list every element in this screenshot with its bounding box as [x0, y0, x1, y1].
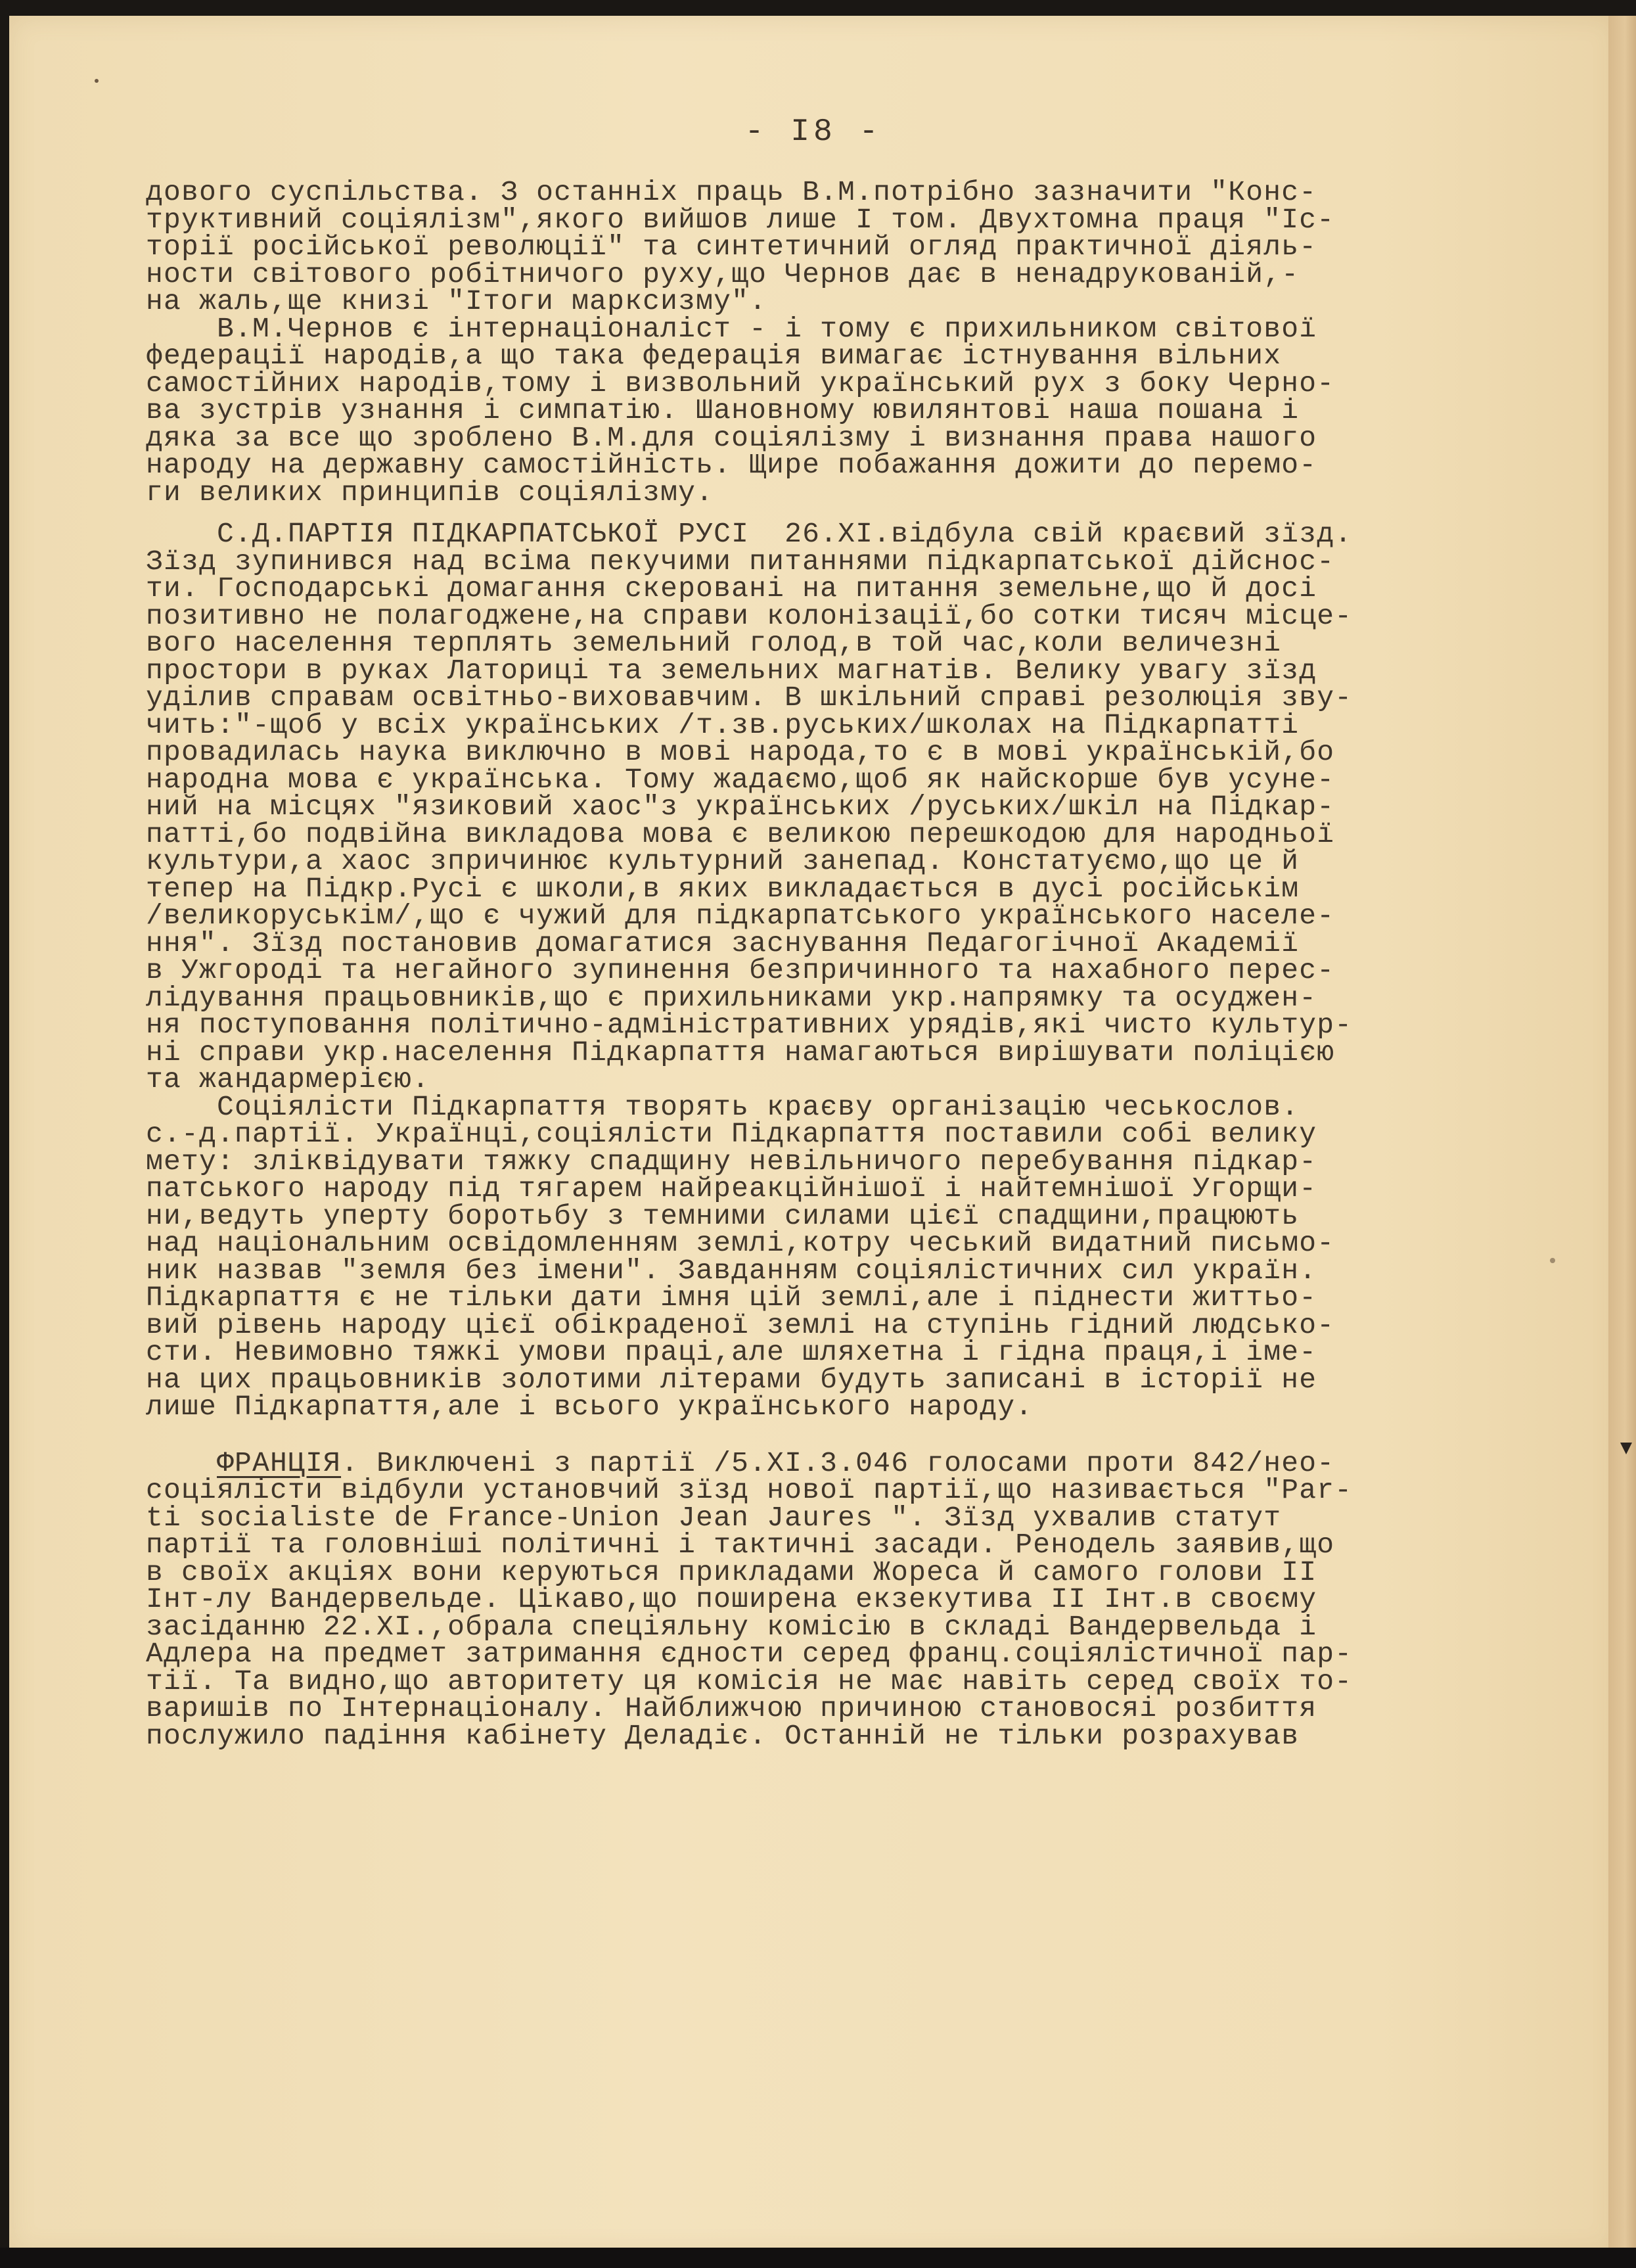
- text-line: ння". Зїзд постановив домагатися заснува…: [146, 930, 1539, 958]
- text-line: дяка за все що зроблено В.М.для соціяліз…: [146, 425, 1539, 452]
- text-line: Інт-лу Вандервельде. Цікаво,що поширена …: [146, 1586, 1539, 1613]
- text-line: лідування працьовників,що є прихильникам…: [146, 984, 1539, 1012]
- paragraph-chernov-internationalist: В.М.Чернов є інтернаціоналіст - і тому є…: [146, 315, 1539, 507]
- text-line: лише Підкарпаття,але і всього українсько…: [146, 1393, 1539, 1421]
- text-line: на цих працьовників золотими літерами бу…: [146, 1366, 1539, 1394]
- text-line: народна мова є українська. Тому жадаємо,…: [146, 766, 1539, 794]
- text-line: соціялісти відбули установчий зїзд нової…: [146, 1477, 1539, 1504]
- text-line: над національним освідомленням землі,кот…: [146, 1230, 1539, 1257]
- text-line: уділив справам освітньо-виховавчим. В шк…: [146, 684, 1539, 712]
- text-line: Зїзд зупинився над всіма пекучими питанн…: [146, 548, 1539, 576]
- text-line: сти. Невимовно тяжкі умови праці,але шля…: [146, 1339, 1539, 1366]
- text-line: позитивно не полагоджене,на справи колон…: [146, 603, 1539, 630]
- section-heading-line: С.Д.ПАРТІЯ ПІДКАРПАТСЬКОЇ РУСІ 26.XI.від…: [146, 521, 1539, 548]
- text-line: ti socialiste de France-Union Jean Jaure…: [146, 1504, 1539, 1532]
- text-line: Адлера на предмет затримання єдности сер…: [146, 1640, 1539, 1668]
- text-line: труктивний соціялізм",якого вийшов лише …: [146, 206, 1539, 234]
- text-line: ня поступовання політично-адміністративн…: [146, 1011, 1539, 1039]
- text-line: мету: зліквідувати тяжку спадщину невіль…: [146, 1148, 1539, 1176]
- text-line: ва зустрів узнання і симпатію. Шановному…: [146, 397, 1539, 425]
- text-line: дового суспільства. З останніх праць В.М…: [146, 179, 1539, 206]
- text-line: вий рівень народу цієї обікраденої землі…: [146, 1312, 1539, 1339]
- text-line: /великоруськім/,що є чужий для підкарпат…: [146, 902, 1539, 930]
- text-line: ні справи укр.населення Підкарпаття нама…: [146, 1039, 1539, 1067]
- text-line: партії та головніші політичні і тактичні…: [146, 1531, 1539, 1559]
- text-line: ник назвав "земля без імени". Завданням …: [146, 1257, 1539, 1285]
- text-line: федерації народів,а що така федерація ви…: [146, 342, 1539, 370]
- text-line: простори в руках Латориці та земельних м…: [146, 657, 1539, 685]
- text-line: торії російської революції" та синтетичн…: [146, 233, 1539, 261]
- text-line: ности світового робітничого руху,що Черн…: [146, 261, 1539, 289]
- page-number: - I8 -: [9, 114, 1618, 150]
- text-line: на жаль,ще книзі "Ітоги марксизму".: [146, 288, 1539, 315]
- text-line: с.-д.партії. Українці,соціялісти Підкарп…: [146, 1121, 1539, 1148]
- adjacent-page-edge: [1608, 16, 1636, 2254]
- paragraph-france: ФРАНЦІЯ. Виключені з партії /5.XI.3.046 …: [146, 1450, 1539, 1750]
- text-line: патті,бо подвійна викладова мова є велик…: [146, 821, 1539, 848]
- document-page: - I8 - дового суспільства. З останніх пр…: [9, 16, 1618, 2254]
- text-line: тепер на Підкр.Русі є школи,в яких викла…: [146, 875, 1539, 903]
- text-line: культури,а хаос зпричинює культурний зан…: [146, 848, 1539, 875]
- text-line: чить:"-щоб у всіх українських /т.зв.русь…: [146, 712, 1539, 739]
- text-line: ний на місцях "язиковий хаос"з українськ…: [146, 793, 1539, 821]
- paper-speck: [1550, 1258, 1555, 1263]
- arrow-down-marker-icon: [1620, 1443, 1632, 1454]
- text-line: патського народу під тягарем найреакційн…: [146, 1175, 1539, 1203]
- text-line: провадилась наука виключно в мові народа…: [146, 739, 1539, 766]
- text-line: та жандармерією.: [146, 1066, 1539, 1094]
- text-line: ти. Господарські домагання скеровані на …: [146, 575, 1539, 603]
- text-line: самостійних народів,тому і визвольний ук…: [146, 370, 1539, 398]
- text-line: Соціялісти Підкарпаття творять краєву ор…: [146, 1094, 1539, 1121]
- paragraph-subcarpathian-socialists: Соціялісти Підкарпаття творять краєву ор…: [146, 1094, 1539, 1421]
- paper-speck: [95, 79, 99, 83]
- text-line: ги великих принципів соціялізму.: [146, 479, 1539, 507]
- text-line: Підкарпаття є не тільки дати імня цій зе…: [146, 1284, 1539, 1312]
- paragraph-chernov-works: дового суспільства. З останніх праць В.М…: [146, 179, 1539, 315]
- text-line: тії. Та видно,що авторитету ця комісія н…: [146, 1668, 1539, 1696]
- text-line: В.М.Чернов є інтернаціоналіст - і тому є…: [146, 315, 1539, 343]
- section-heading-line: ФРАНЦІЯ. Виключені з партії /5.XI.3.046 …: [146, 1450, 1539, 1477]
- text-line: ни,ведуть уперту боротьбу з темними сила…: [146, 1203, 1539, 1230]
- text-line: народу на державну самостійність. Щире п…: [146, 451, 1539, 479]
- text-line: вого населення терплять земельний голод,…: [146, 630, 1539, 657]
- scan-bottom-border: [0, 2248, 1636, 2268]
- text-line: засіданню 22.XI.,обрала спеціяльну коміс…: [146, 1613, 1539, 1641]
- text-line: в своїх акціях вони керуються прикладами…: [146, 1559, 1539, 1586]
- paragraph-subcarpathian-party: С.Д.ПАРТІЯ ПІДКАРПАТСЬКОЇ РУСІ 26.XI.від…: [146, 521, 1539, 1094]
- text-line: в Ужгороді та негайного зупинення безпри…: [146, 957, 1539, 984]
- text-line: варишів по Інтернаціоналу. Найближчою пр…: [146, 1695, 1539, 1723]
- text-line: послужило падіння кабінету Деладіє. Оста…: [146, 1723, 1539, 1750]
- typewritten-body: дового суспільства. З останніх праць В.М…: [146, 179, 1539, 1749]
